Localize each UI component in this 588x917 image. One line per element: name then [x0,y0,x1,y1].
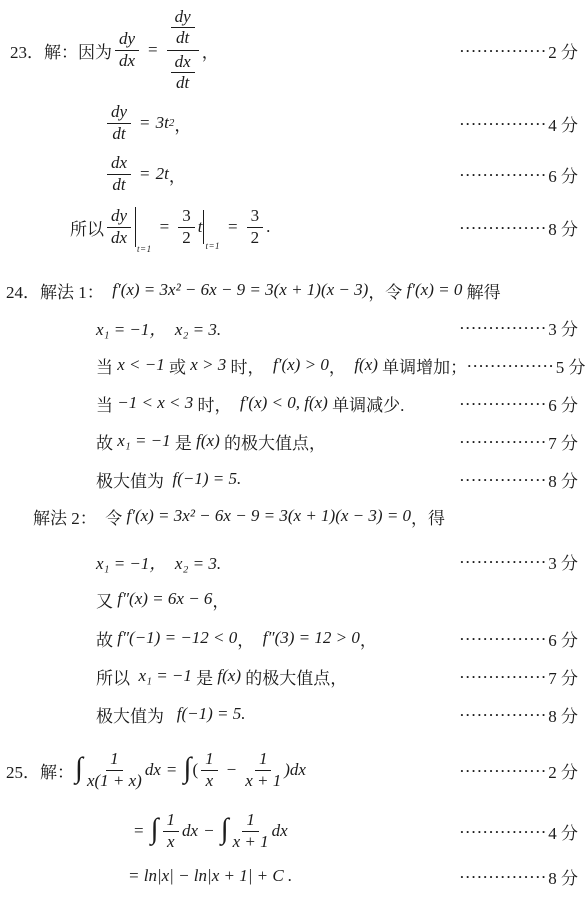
score-mark: ··············· 7 分 [460,664,588,689]
root-x1: x₁ = −1 [139,666,192,686]
method1-label: 解法 1： [40,278,112,303]
connective-text: ，令 [368,278,406,303]
p24-method2-header-content: 解法 2： 令 f′(x) = 3x² − 6x − 9 = 3(x + 1)(… [0,504,445,529]
integral-icon: ∫ [221,815,229,844]
integral-icon: ∫ [183,754,191,783]
nested-fraction: dydt dxdt [167,7,199,93]
p23-line2: dydt = 3t2 ， ··············· 4 分 [0,100,588,146]
score-mark: ··············· 3 分 [460,549,588,574]
time-text: 时， [193,391,240,416]
fraction-1-x: 1x [163,811,180,851]
fraction-numerator: 3 [178,207,195,227]
fraction-integrand: 1x(1 + x) [87,750,142,790]
dotted-leader: ··············· [460,117,548,130]
fraction-denominator: x + 1 [245,771,281,790]
score-value: 4 分 [548,819,578,844]
fraction-dx-dt: dxdt [107,154,131,194]
score-mark: ··············· 4 分 [460,819,588,844]
function-fx: f(x) [354,355,378,375]
fraction-3-2: 32 [247,207,264,247]
dotted-leader: ··············· [460,397,548,410]
p23-line2-content: dydt = 3t2 ， [0,103,191,143]
comma: ， [212,587,229,612]
is-text: 是 [171,429,197,454]
maximum-value: f(−1) = 5. [177,704,246,724]
p23-number: 23． [10,38,44,63]
dotted-leader: ··············· [460,708,548,721]
fraction-numerator: dy [107,103,131,123]
minus-sign: − [204,821,214,841]
fraction-denominator: x(1 + x) [87,771,142,790]
derivative-equation: f′(x) = 3x² − 6x − 9 = 3(x + 1)(x − 3) =… [127,506,412,526]
variable-t: t [198,217,203,237]
maximum-point-text: 的极大值点， [241,664,347,689]
p25-line1: 25． 解： ∫ 1x(1 + x) dx = ∫ ( 1x − 1x + 1 … [0,740,588,800]
comma: ， [169,162,186,187]
comma: ， [174,111,191,136]
fraction-denominator: dt [112,124,125,143]
dotted-leader: ··············· [460,321,548,334]
when-text: 当 [96,391,117,416]
dotted-leader: ··············· [460,44,548,57]
p24-m1-maximum-point-line: 故 x₁ = −1 是 f(x) 的极大值点， ··············· … [0,426,588,456]
fraction-dy-dt: dydt [171,8,195,48]
fraction-dy-dt: dydt [107,103,131,143]
dotted-leader: ··············· [467,359,555,372]
set-derivative-zero: f′(x) = 0 [407,280,463,300]
hence-text: 故 [96,626,117,651]
fraction-denominator: x + 1 [233,832,269,851]
equals-sign: = [140,164,150,184]
p25-line3: = ln|x| − ln|x + 1| + C . ··············… [0,858,588,894]
dotted-leader: ··············· [460,168,548,181]
p24-m2-second-derivative-line: 又 f″(x) = 6x − 6 ， [0,584,588,614]
fraction-denominator: x [206,771,214,790]
score-mark: ··············· 5 分 [467,353,588,378]
score-value: 4 分 [548,111,578,136]
nested-fraction-numerator: dydt [167,7,199,51]
score-mark: ··············· 7 分 [460,429,588,454]
fraction-dy-dx: dydx [107,207,131,247]
fraction-numerator: dx [107,154,131,174]
solve-text: 解得 [462,278,500,303]
dotted-leader: ··············· [460,435,548,448]
dx-differential: dx [272,821,288,841]
score-value: 6 分 [548,626,578,651]
fraction-numerator: dx [171,53,195,73]
fraction-dx-dt: dxdt [171,53,195,93]
p24-m2-second-derivative-values-content: 故 f″(−1) = −12 < 0 ， f″(3) = 12 > 0 ， [0,626,377,651]
score-mark: ··············· 4 分 [460,111,588,136]
score-value: 8 分 [548,702,578,727]
roots-values: x₁ = −1， x₂ = 3. [96,315,221,340]
p23-line1-content: 23． 解：因为 dydx = dydt dxdt ， [0,7,219,93]
fraction-numerator: dy [107,207,131,227]
fraction-dy-dx: dydx [115,30,139,70]
term-3t: 3t [156,113,169,133]
obtain-text: ，得 [411,504,445,529]
dotted-leader: ··············· [460,221,548,234]
score-value: 7 分 [548,664,578,689]
fraction-numerator: dy [115,30,139,50]
derivative-negative: f′(x) < 0, f(x) [240,393,328,413]
fraction-denominator: 2 [182,228,191,247]
p25-line3-content: = ln|x| − ln|x + 1| + C . [0,866,292,886]
p24-m1-maximum-point-content: 故 x₁ = −1 是 f(x) 的极大值点， [0,429,326,454]
maximum-point-text: 的极大值点， [220,429,326,454]
score-value: 3 分 [548,549,578,574]
dx-differential: dx [182,821,198,841]
increasing-text: 单调增加； [378,353,467,378]
p23-line4-content: 所以 dydx t=1 = 32 t t=1 = 32 . [0,207,270,247]
evaluation-subscript: t=1 [137,244,152,254]
root-x1: x₁ = −1 [117,431,170,451]
interval-right: x > 3 [190,355,226,375]
let-text: 令 [105,504,126,529]
score-mark: ··············· 6 分 [460,162,588,187]
fraction-numerator: dy [171,8,195,28]
second-derivative: f″(x) = 6x − 6 [117,589,212,609]
is-text: 是 [192,664,218,689]
evaluation-bar-group: t=1 [203,210,220,244]
dotted-leader: ··············· [460,764,548,777]
p24-m2-maximum-point-line: 所以 x₁ = −1 是 f(x) 的极大值点， ···············… [0,661,588,691]
also-text: 又 [96,587,117,612]
interval-left: x < −1 [117,355,165,375]
p24-m1-maximum-value-content: 极大值为 f(−1) = 5. [0,467,241,492]
solution-intro: 解： [40,758,74,783]
equals-sign: = [228,217,238,237]
derivative-equation: f′(x) = 3x² − 6x − 9 = 3(x + 1)(x − 3) [112,280,368,300]
dotted-leader: ··············· [460,870,548,883]
evaluation-bar [135,207,136,247]
or-text: 或 [165,353,191,378]
score-mark: ··············· 2 分 [460,758,588,783]
maximum-value-text: 极大值为 [96,702,177,727]
comma: ， [329,353,355,378]
fraction-denominator: dt [176,28,189,47]
p24-m1-increasing-line: 当 x < −1 或 x > 3 时， f′(x) > 0 ， f(x) 单调增… [0,350,588,380]
p23-intro: 解：因为 [44,38,112,63]
decreasing-text: 单调减少. [328,391,405,416]
fraction-numerator: 1 [106,750,123,770]
p24-m2-second-derivative-content: 又 f″(x) = 6x − 6 ， [0,587,229,612]
p24-method2-header: 解法 2： 令 f′(x) = 3x² − 6x − 9 = 3(x + 1)(… [0,500,588,532]
equals-sign: = [160,217,170,237]
score-mark: ··············· 6 分 [460,626,588,651]
therefore-text: 所以 [96,664,139,689]
evaluation-bar [203,210,204,244]
score-value: 8 分 [548,467,578,492]
minus-sign: − [227,760,237,780]
comma: ， [360,626,377,651]
score-mark: ··············· 8 分 [460,864,588,889]
p23-line3: dxdt = 2t ， ··············· 6 分 [0,151,588,197]
equals-sign: = [148,40,158,60]
evaluation-subscript: t=1 [205,241,220,251]
fraction-denominator: dt [176,73,189,92]
p24-m1-decreasing-line: 当 −1 < x < 3 时， f′(x) < 0, f(x) 单调减少. ··… [0,388,588,418]
score-value: 7 分 [548,429,578,454]
p24-m2-second-derivative-values-line: 故 f″(−1) = −12 < 0 ， f″(3) = 12 > 0 ， ··… [0,623,588,653]
score-value: 2 分 [548,38,578,63]
maximum-value: f(−1) = 5. [173,469,242,489]
dotted-leader: ··············· [460,632,548,645]
function-fx: f(x) [196,431,220,451]
dotted-leader: ··············· [460,555,548,568]
p24-m1-maximum-value-line: 极大值为 f(−1) = 5. ··············· 8 分 [0,464,588,494]
when-text: 当 [96,353,117,378]
comma: ， [237,626,263,651]
p24-method1-header: 24． 解法 1： f′(x) = 3x² − 6x − 9 = 3(x + 1… [0,274,588,306]
p25-line2: = ∫ 1x dx − ∫ 1x + 1 dx ··············· … [0,806,588,856]
score-value: 8 分 [548,864,578,889]
equals-sign: = [140,113,150,133]
p24-m1-decreasing-content: 当 −1 < x < 3 时， f′(x) < 0, f(x) 单调减少. [0,391,404,416]
fraction-denominator: dx [111,228,127,247]
fraction-denominator: x [167,832,175,851]
second-derivative-neg: f″(−1) = −12 < 0 [117,628,237,648]
score-value: 5 分 [556,353,586,378]
maximum-value-text: 极大值为 [96,467,173,492]
method2-label: 解法 2： [33,504,105,529]
score-value: 6 分 [548,391,578,416]
fraction-numerator: 1 [255,750,272,770]
score-value: 3 分 [548,315,578,340]
evaluation-bar-group: t=1 [135,207,152,247]
equals-sign: = [167,760,177,780]
interval-middle: −1 < x < 3 [117,393,193,413]
p23-line1: 23． 解：因为 dydx = dydt dxdt ， ············… [0,6,588,94]
p24-m1-roots-line: x₁ = −1， x₂ = 3. ··············· 3 分 [0,312,588,342]
p25-number: 25． [6,758,40,783]
fraction-numerator: 1 [242,811,259,831]
dx-differential: dx [145,760,161,780]
p23-line4: 所以 dydx t=1 = 32 t t=1 = 32 . ··········… [0,202,588,252]
comma: ， [202,38,219,63]
score-mark: ··············· 3 分 [460,315,588,340]
dotted-leader: ··············· [460,473,548,486]
score-mark: ··············· 8 分 [460,702,588,727]
p24-method1-header-content: 24． 解法 1： f′(x) = 3x² − 6x − 9 = 3(x + 1… [0,278,501,303]
dotted-leader: ··············· [460,825,548,838]
fraction-1-x-plus-1: 1x + 1 [233,811,269,851]
p24-m1-roots-content: x₁ = −1， x₂ = 3. [0,315,221,340]
equals-sign: = [134,821,144,841]
p25-line1-content: 25． 解： ∫ 1x(1 + x) dx = ∫ ( 1x − 1x + 1 … [0,750,306,790]
fraction-numerator: 1 [201,750,218,770]
p24-m2-maximum-value-content: 极大值为 f(−1) = 5. [0,702,246,727]
fraction-3-2: 32 [178,207,195,247]
fraction-1-x: 1x [201,750,218,790]
score-mark: ··············· 6 分 [460,391,588,416]
term-2t: 2t [156,164,169,184]
fraction-denominator: dt [112,175,125,194]
fraction-denominator: dx [119,51,135,70]
p24-m2-roots-line: x₁ = −1， x₂ = 3. ··············· 3 分 [0,546,588,576]
period: . [266,217,270,237]
dx-differential: dx [290,760,306,780]
roots-values: x₁ = −1， x₂ = 3. [96,549,221,574]
score-value: 6 分 [548,162,578,187]
fraction-1-x-plus-1: 1x + 1 [245,750,281,790]
p23-line3-content: dxdt = 2t ， [0,154,186,194]
therefore-label: 所以 [70,215,104,240]
p24-number: 24． [6,278,40,303]
hence-text: 故 [96,429,117,454]
left-paren: ( [192,760,198,780]
p24-m2-roots-content: x₁ = −1， x₂ = 3. [0,549,221,574]
time-text: 时， [226,353,273,378]
score-mark: ··············· 8 分 [460,215,588,240]
score-mark: ··············· 2 分 [460,38,588,63]
score-value: 2 分 [548,758,578,783]
p24-m2-maximum-value-line: 极大值为 f(−1) = 5. ··············· 8 分 [0,699,588,729]
fraction-numerator: 1 [163,811,180,831]
p24-m1-increasing-content: 当 x < −1 或 x > 3 时， f′(x) > 0 ， f(x) 单调增… [0,353,467,378]
nested-fraction-denominator: dxdt [171,51,195,94]
second-derivative-pos: f″(3) = 12 > 0 [263,628,360,648]
antiderivative-result: = ln|x| − ln|x + 1| + C . [128,866,292,886]
p24-m2-maximum-point-content: 所以 x₁ = −1 是 f(x) 的极大值点， [0,664,347,689]
p25-line2-content: = ∫ 1x dx − ∫ 1x + 1 dx [0,811,288,851]
integral-icon: ∫ [75,754,83,783]
function-fx: f(x) [217,666,241,686]
fraction-numerator: 3 [247,207,264,227]
score-value: 8 分 [548,215,578,240]
integral-icon: ∫ [151,815,159,844]
fraction-denominator: 2 [251,228,260,247]
derivative-positive: f′(x) > 0 [273,355,329,375]
score-mark: ··············· 8 分 [460,467,588,492]
dotted-leader: ··············· [460,670,548,683]
